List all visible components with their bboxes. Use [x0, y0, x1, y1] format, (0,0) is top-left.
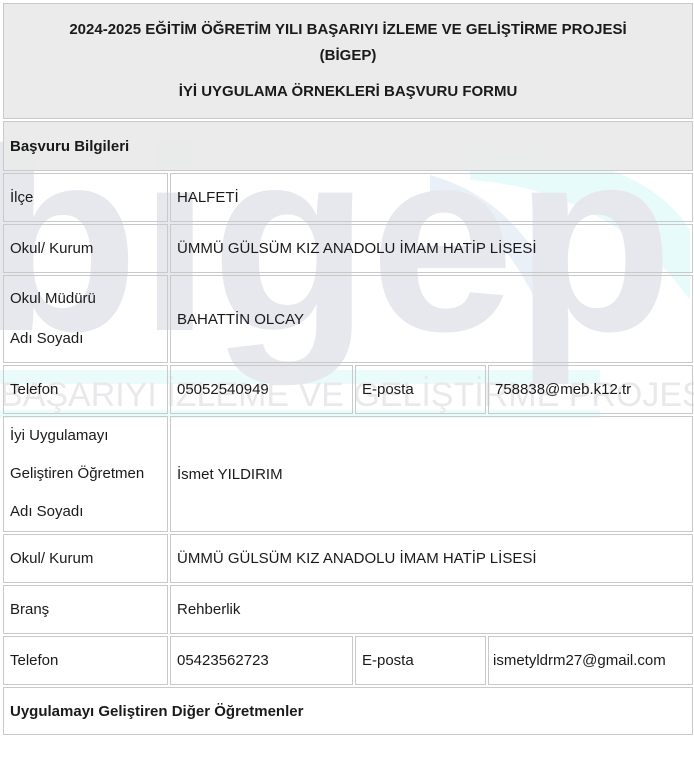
teacher-name-value: İsmet YILDIRIM — [170, 416, 693, 532]
teacher-phone-label: Telefon — [3, 636, 168, 685]
form-header: 2024-2025 EĞİTİM ÖĞRETİM YILI BAŞARIYI İ… — [3, 3, 693, 119]
phone-value: 05052540949 — [170, 365, 353, 414]
principal-label: Okul Müdürü Adı Soyadı — [3, 275, 168, 363]
teacher-label-line3: Adı Soyadı — [10, 493, 161, 531]
phone-label: Telefon — [3, 365, 168, 414]
teacher-label: İyi Uygulamayı Geliştiren Öğretmen Adı S… — [3, 416, 168, 532]
section-application-info: Başvuru Bilgileri — [3, 121, 693, 171]
district-value: HALFETİ — [170, 173, 693, 222]
branch-value: Rehberlik — [170, 585, 693, 634]
branch-label: Branş — [3, 585, 168, 634]
principal-value: BAHATTİN OLCAY — [170, 275, 693, 363]
teacher-email-value: ismetyldrm27@gmail.com — [488, 636, 693, 685]
school-label: Okul/ Kurum — [3, 224, 168, 273]
email-label: E-posta — [355, 365, 486, 414]
form-subtitle: İYİ UYGULAMA ÖRNEKLERİ BAŞVURU FORMU — [10, 79, 686, 105]
principal-label-line2: Adı Soyadı — [10, 319, 161, 359]
form-title: 2024-2025 EĞİTİM ÖĞRETİM YILI BAŞARIYI İ… — [10, 17, 686, 43]
teacher-label-line1: İyi Uygulamayı — [10, 417, 161, 455]
email-value: 758838@meb.k12.tr — [488, 365, 693, 414]
application-form-table: 2024-2025 EĞİTİM ÖĞRETİM YILI BAŞARIYI İ… — [1, 1, 694, 737]
district-label: İlçe — [3, 173, 168, 222]
teacher-email-label: E-posta — [355, 636, 486, 685]
teacher-label-line2: Geliştiren Öğretmen — [10, 455, 161, 493]
school-value: ÜMMÜ GÜLSÜM KIZ ANADOLU İMAM HATİP LİSES… — [170, 224, 693, 273]
principal-label-line1: Okul Müdürü — [10, 279, 161, 319]
form-title-abbr: (BİGEP) — [10, 43, 686, 69]
section-other-teachers: Uygulamayı Geliştiren Diğer Öğretmenler — [3, 687, 693, 735]
teacher-school-label: Okul/ Kurum — [3, 534, 168, 583]
teacher-phone-value: 05423562723 — [170, 636, 353, 685]
teacher-school-value: ÜMMÜ GÜLSÜM KIZ ANADOLU İMAM HATİP LİSES… — [170, 534, 693, 583]
